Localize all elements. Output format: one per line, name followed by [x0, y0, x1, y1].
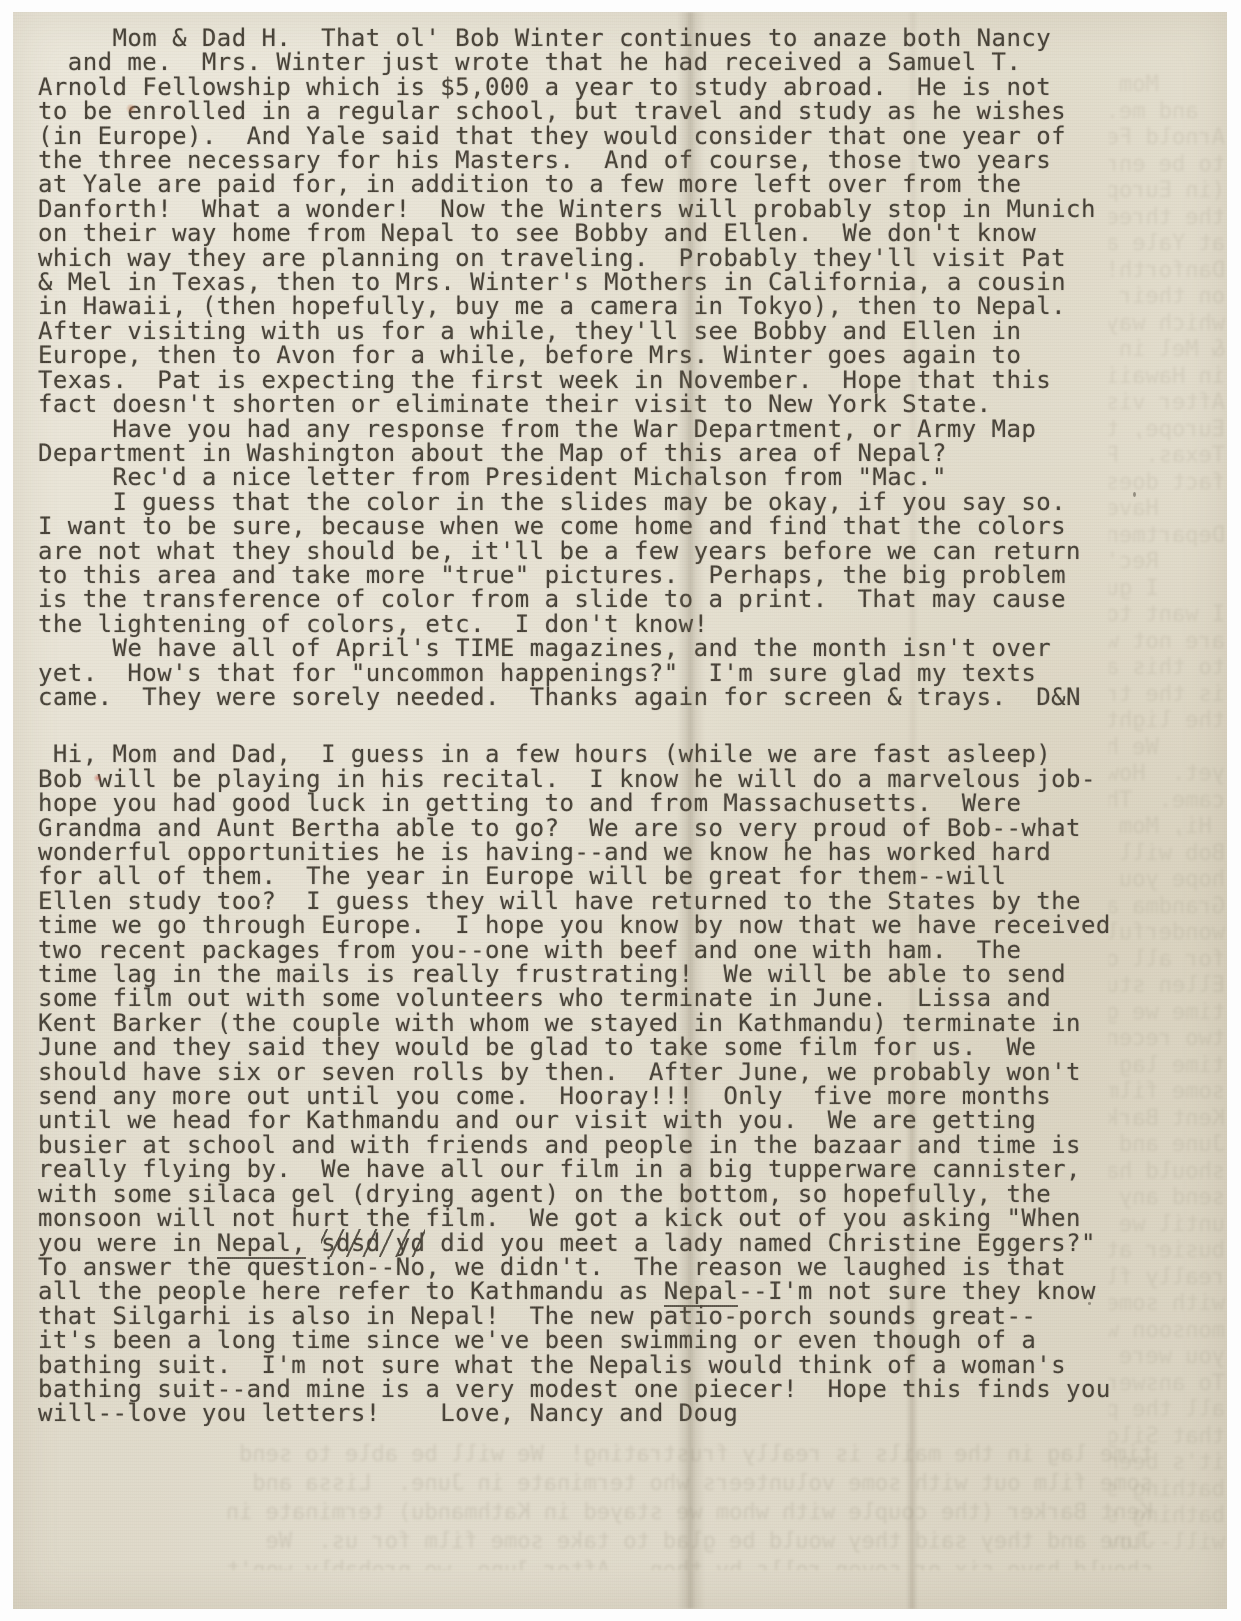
letter-line: two recent packages from you--one with b…: [38, 938, 1111, 962]
letter-line: Europe, then to Avon for a while, before…: [38, 343, 1111, 367]
letter-line: and me. Mrs. Winter just wrote that he h…: [38, 50, 1111, 74]
letter-line: on their way home from Nepal to see Bobb…: [38, 221, 1111, 245]
letter-line: it's been a long time since we've been s…: [38, 1328, 1111, 1352]
letter-line: which way they are planning on traveling…: [38, 246, 1111, 270]
letter-line: you were in Nepal, sdsd yd did you meet …: [38, 1231, 1111, 1255]
letter-line: Bob will be playing in his recital. I kn…: [38, 767, 1111, 791]
letter-line: & Mel in Texas, then to Mrs. Winter's Mo…: [38, 270, 1111, 294]
ink-speck: [1133, 492, 1136, 497]
letter-line: Ellen study too? I guess they will have …: [38, 889, 1111, 913]
section-mom-dad-h: Mom & Dad H. That ol' Bob Winter continu…: [38, 26, 1111, 709]
letter-line: with some silaca gel (drying agent) on t…: [38, 1182, 1111, 1206]
letter-line: Rec'd a nice letter from President Micha…: [38, 465, 1111, 489]
letter-line: in Hawaii, (then hopefully, buy me a cam…: [38, 294, 1111, 318]
letter-line: to be enrolled in a regular school, but …: [38, 99, 1111, 123]
letter-line: After visiting with us for a while, they…: [38, 319, 1111, 343]
letter-line: bathing suit--and mine is a very modest …: [38, 1377, 1111, 1401]
letter-line: Kent Barker (the couple with whom we sta…: [38, 1011, 1111, 1035]
letter-line: We have all of April's TIME magazines, a…: [38, 636, 1111, 660]
letter-line: time we go through Europe. I hope you kn…: [38, 913, 1111, 937]
letter-line: are not what they should be, it'll be a …: [38, 539, 1111, 563]
bleed-through-bottom: time lag in the mails is really frustrat…: [163, 1440, 1153, 1570]
letter-line: busier at school and with friends and pe…: [38, 1133, 1111, 1157]
letter-line: wonderful opportunities he is having--an…: [38, 840, 1111, 864]
letter-line: will--love you letters! Love, Nancy and …: [38, 1401, 1111, 1425]
letter-line: came. They were sorely needed. Thanks ag…: [38, 685, 1111, 709]
letter-line: Grandma and Aunt Bertha able to go? We a…: [38, 816, 1111, 840]
letter-line: should have six or seven rolls by then. …: [38, 1060, 1111, 1084]
letter-line: I guess that the color in the slides may…: [38, 490, 1111, 514]
letter-line: Department in Washington about the Map o…: [38, 441, 1111, 465]
letter-line: Arnold Fellowship which is $5,000 a year…: [38, 75, 1111, 99]
letter-line: some film out with some volunteers who t…: [38, 986, 1111, 1010]
scanned-letter-page: { "page": { "paper_color": "#e7e2d5", "i…: [0, 0, 1241, 1621]
letter-line: Have you had any response from the War D…: [38, 417, 1111, 441]
letter-line: Mom & Dad H. That ol' Bob Winter continu…: [38, 26, 1111, 50]
letter-line: the lightening of colors, etc. I don't k…: [38, 612, 1111, 636]
letter-body: Mom & Dad H. That ol' Bob Winter continu…: [38, 26, 1111, 1426]
letter-line: for all of them. The year in Europe will…: [38, 864, 1111, 888]
letter-line: yet. How's that for "uncommon happenings…: [38, 661, 1111, 685]
letter-line: that Silgarhi is also in Nepal! The new …: [38, 1304, 1111, 1328]
letter-line: June and they said they would be glad to…: [38, 1035, 1111, 1059]
letter-line: send any more out until you come. Hooray…: [38, 1084, 1111, 1108]
bleed-through-right: Mom & Dad H. That ol' Bob Winter continu…: [1109, 72, 1225, 1572]
letter-line: at Yale are paid for, in addition to a f…: [38, 172, 1111, 196]
letter-line: monsoon will not hurt the film. We got a…: [38, 1206, 1111, 1230]
letter-line: fact doesn't shorten or eliminate their …: [38, 392, 1111, 416]
section-hi-mom-and-dad: Hi, Mom and Dad, I guess in a few hours …: [38, 742, 1111, 1425]
letter-line: the three necessary for his Masters. And…: [38, 148, 1111, 172]
letter-line: Texas. Pat is expecting the first week i…: [38, 368, 1111, 392]
letter-line: bathing suit. I'm not sure what the Nepa…: [38, 1353, 1111, 1377]
letter-line: really flying by. We have all our film i…: [38, 1157, 1111, 1181]
letter-line: To answer the question--No, we didn't. T…: [38, 1255, 1111, 1279]
letter-line: Hi, Mom and Dad, I guess in a few hours …: [38, 742, 1111, 766]
letter-line: is the transference of color from a slid…: [38, 587, 1111, 611]
letter-line: Danforth! What a wonder! Now the Winters…: [38, 197, 1111, 221]
letter-paper: Mom & Dad H. That ol' Bob Winter continu…: [13, 12, 1227, 1609]
letter-line: to this area and take more "true" pictur…: [38, 563, 1111, 587]
letter-line: hope you had good luck in getting to and…: [38, 791, 1111, 815]
letter-line: all the people here refer to Kathmandu a…: [38, 1279, 1111, 1303]
letter-line: I want to be sure, because when we come …: [38, 514, 1111, 538]
letter-line: until we head for Kathmandu and our visi…: [38, 1108, 1111, 1132]
letter-line: (in Europe). And Yale said that they wou…: [38, 124, 1111, 148]
letter-line: time lag in the mails is really frustrat…: [38, 962, 1111, 986]
